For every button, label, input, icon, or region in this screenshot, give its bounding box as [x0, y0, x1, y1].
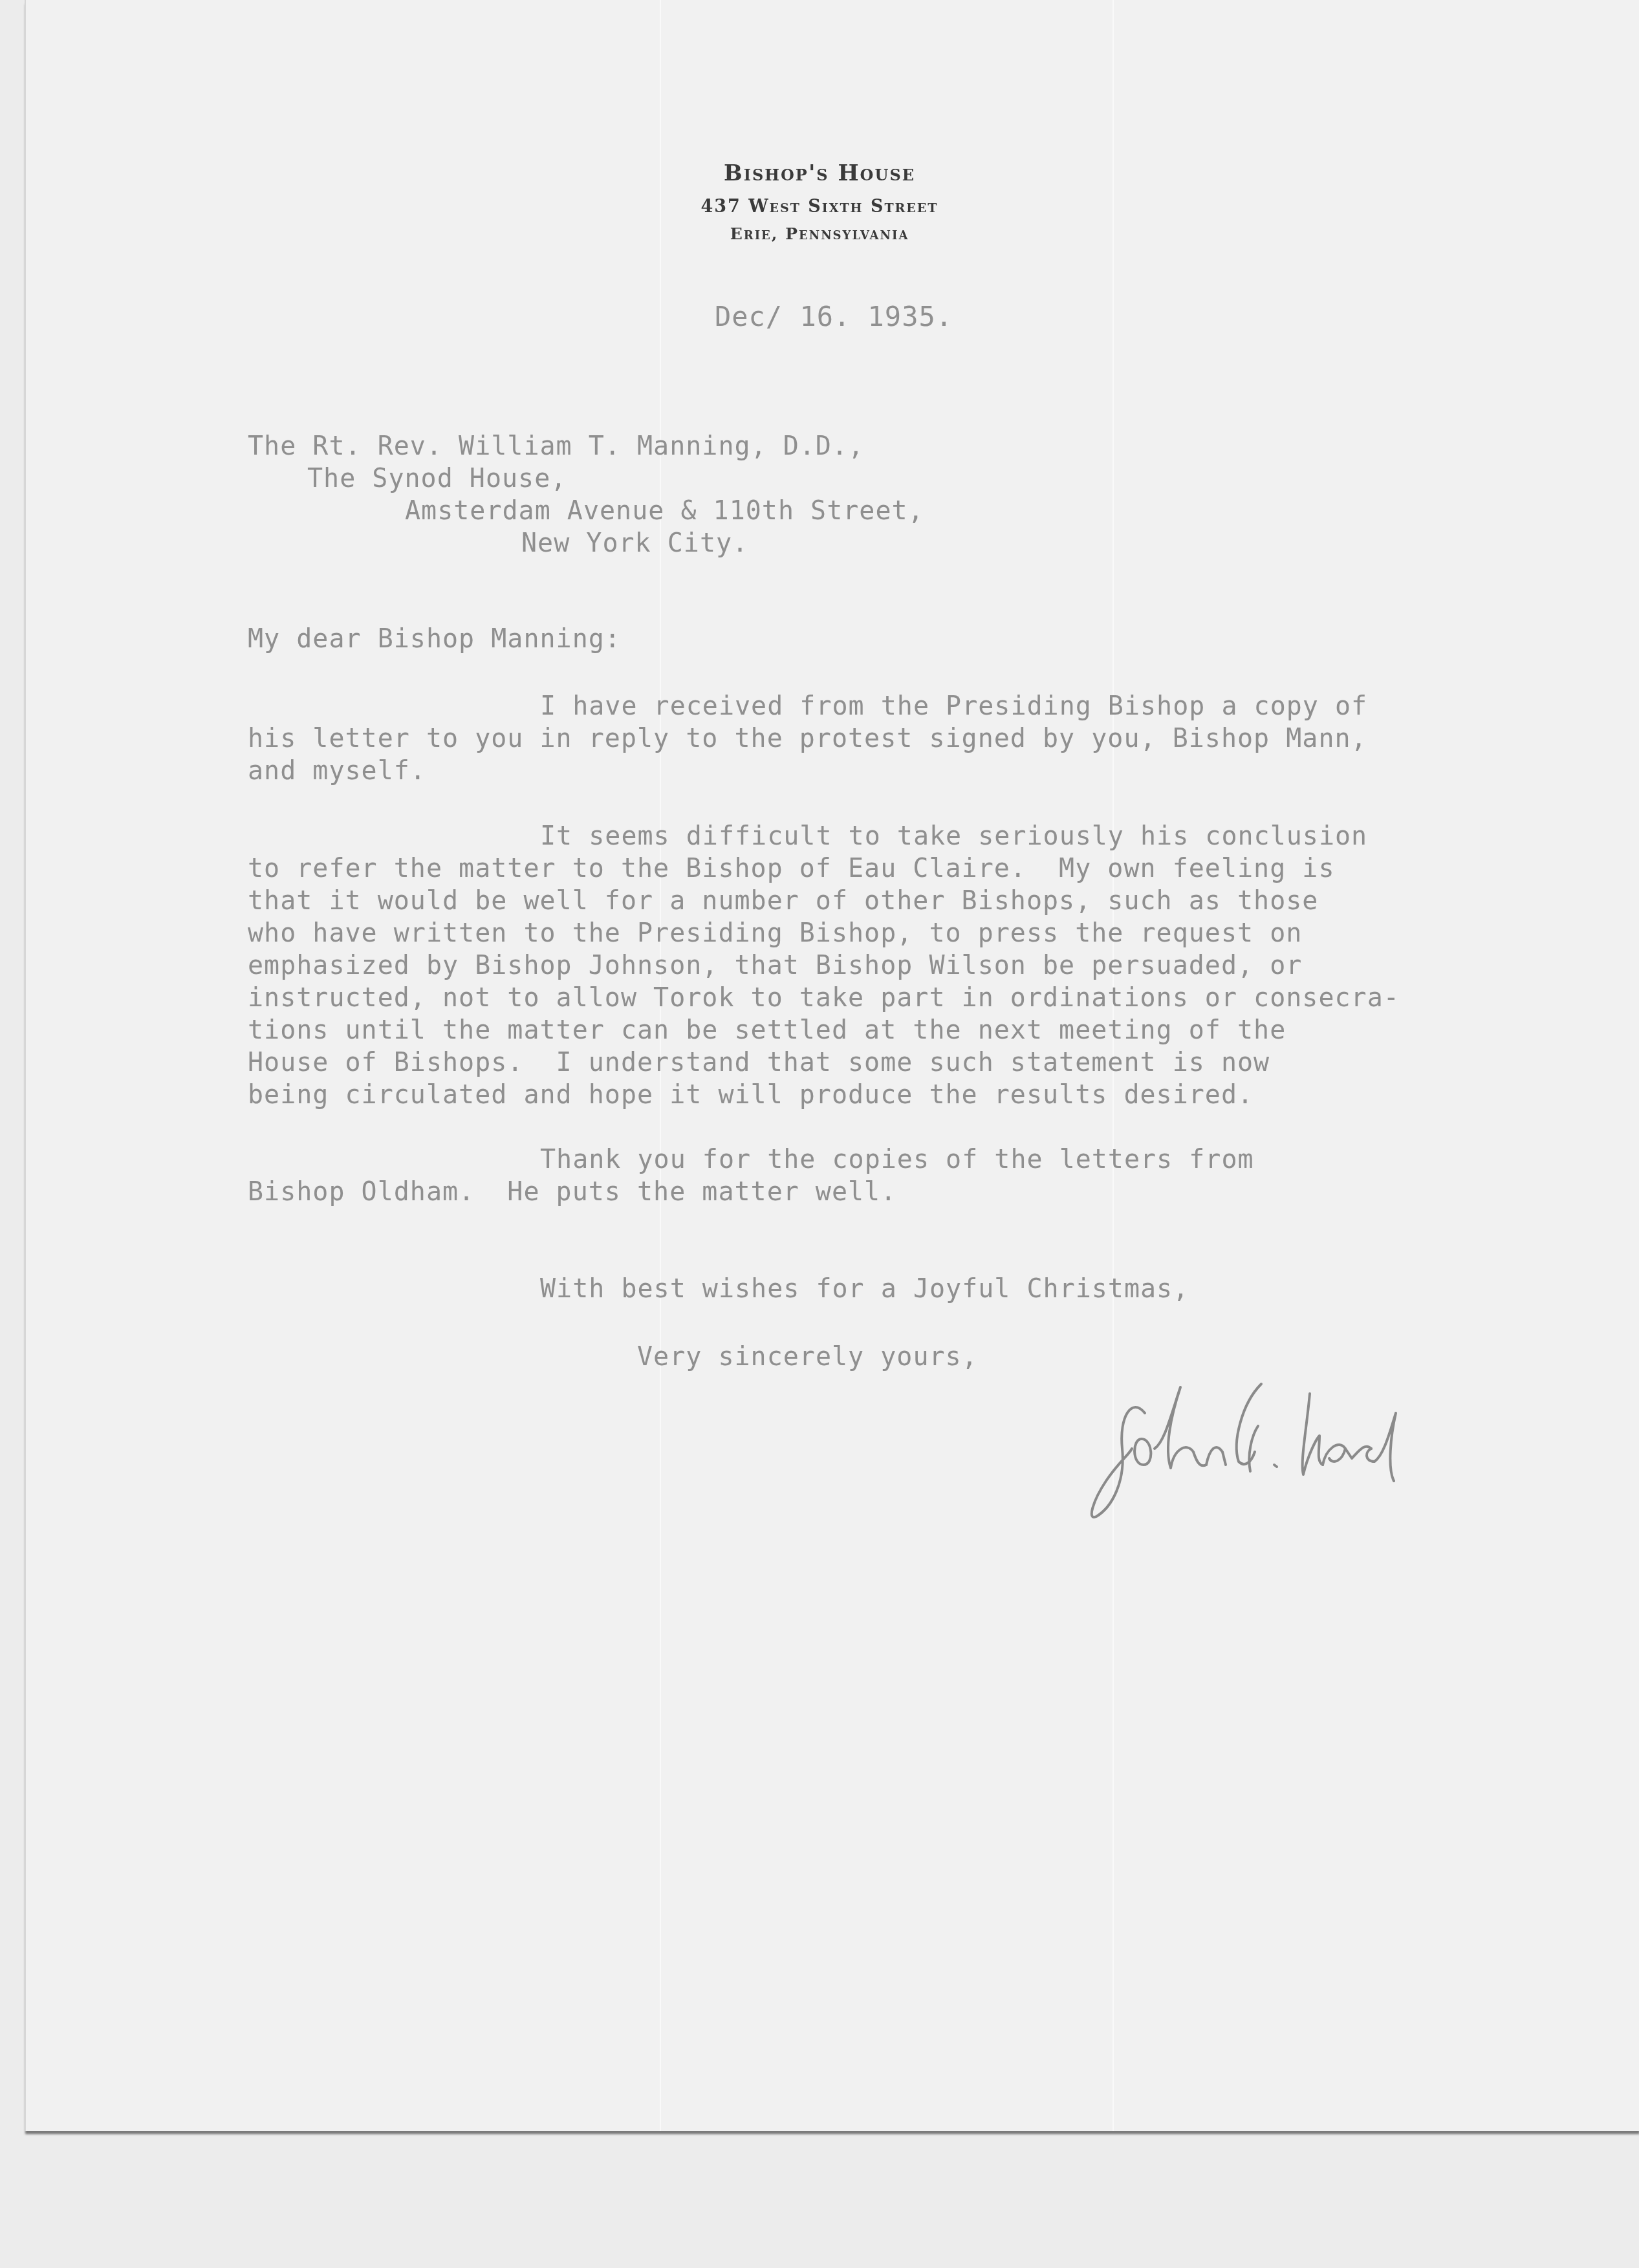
paragraph-1-line: I have received from the Presiding Bisho… — [540, 690, 1367, 722]
letter-date: Dec/ 16. 1935. — [715, 301, 953, 333]
salutation: My dear Bishop Manning: — [248, 623, 621, 655]
paragraph-2-line: emphasized by Bishop Johnson, that Bisho… — [248, 949, 1302, 982]
paragraph-2-line: House of Bishops. I understand that some… — [248, 1046, 1270, 1079]
recipient-line-1: The Rt. Rev. William T. Manning, D.D., — [248, 430, 864, 462]
paragraph-3-line: Thank you for the copies of the letters … — [540, 1143, 1254, 1176]
paragraph-3-line: Bishop Oldham. He puts the matter well. — [248, 1176, 896, 1208]
letterhead-street: 437 West Sixth Street — [0, 197, 1639, 217]
letterhead-title: Bishop's House — [0, 160, 1639, 186]
paragraph-2-line: being circulated and hope it will produc… — [248, 1079, 1254, 1111]
paragraph-2-line: instructed, not to allow Torok to take p… — [248, 982, 1400, 1014]
paragraph-2-line: that it would be well for a number of ot… — [248, 885, 1318, 917]
paragraph-2-line: to refer the matter to the Bishop of Eau… — [248, 852, 1335, 885]
recipient-line-4: New York City. — [521, 527, 748, 559]
paragraph-2-line: who have written to the Presiding Bishop… — [248, 917, 1302, 949]
paragraph-2-line: tions until the matter can be settled at… — [248, 1014, 1286, 1046]
letterhead-city: Erie, Pennsylvania — [0, 224, 1639, 243]
closing: Very sincerely yours, — [637, 1341, 978, 1373]
signature: John C. Ward — [1067, 1377, 1468, 1526]
paragraph-1-line: his letter to you in reply to the protes… — [248, 722, 1367, 755]
paragraph-2-line: It seems difficult to take seriously his… — [540, 820, 1367, 852]
paragraph-1-line: and myself. — [248, 755, 426, 787]
closing-wish: With best wishes for a Joyful Christmas, — [540, 1273, 1189, 1305]
recipient-line-3: Amsterdam Avenue & 110th Street, — [405, 495, 924, 527]
recipient-line-2: The Synod House, — [307, 462, 567, 495]
